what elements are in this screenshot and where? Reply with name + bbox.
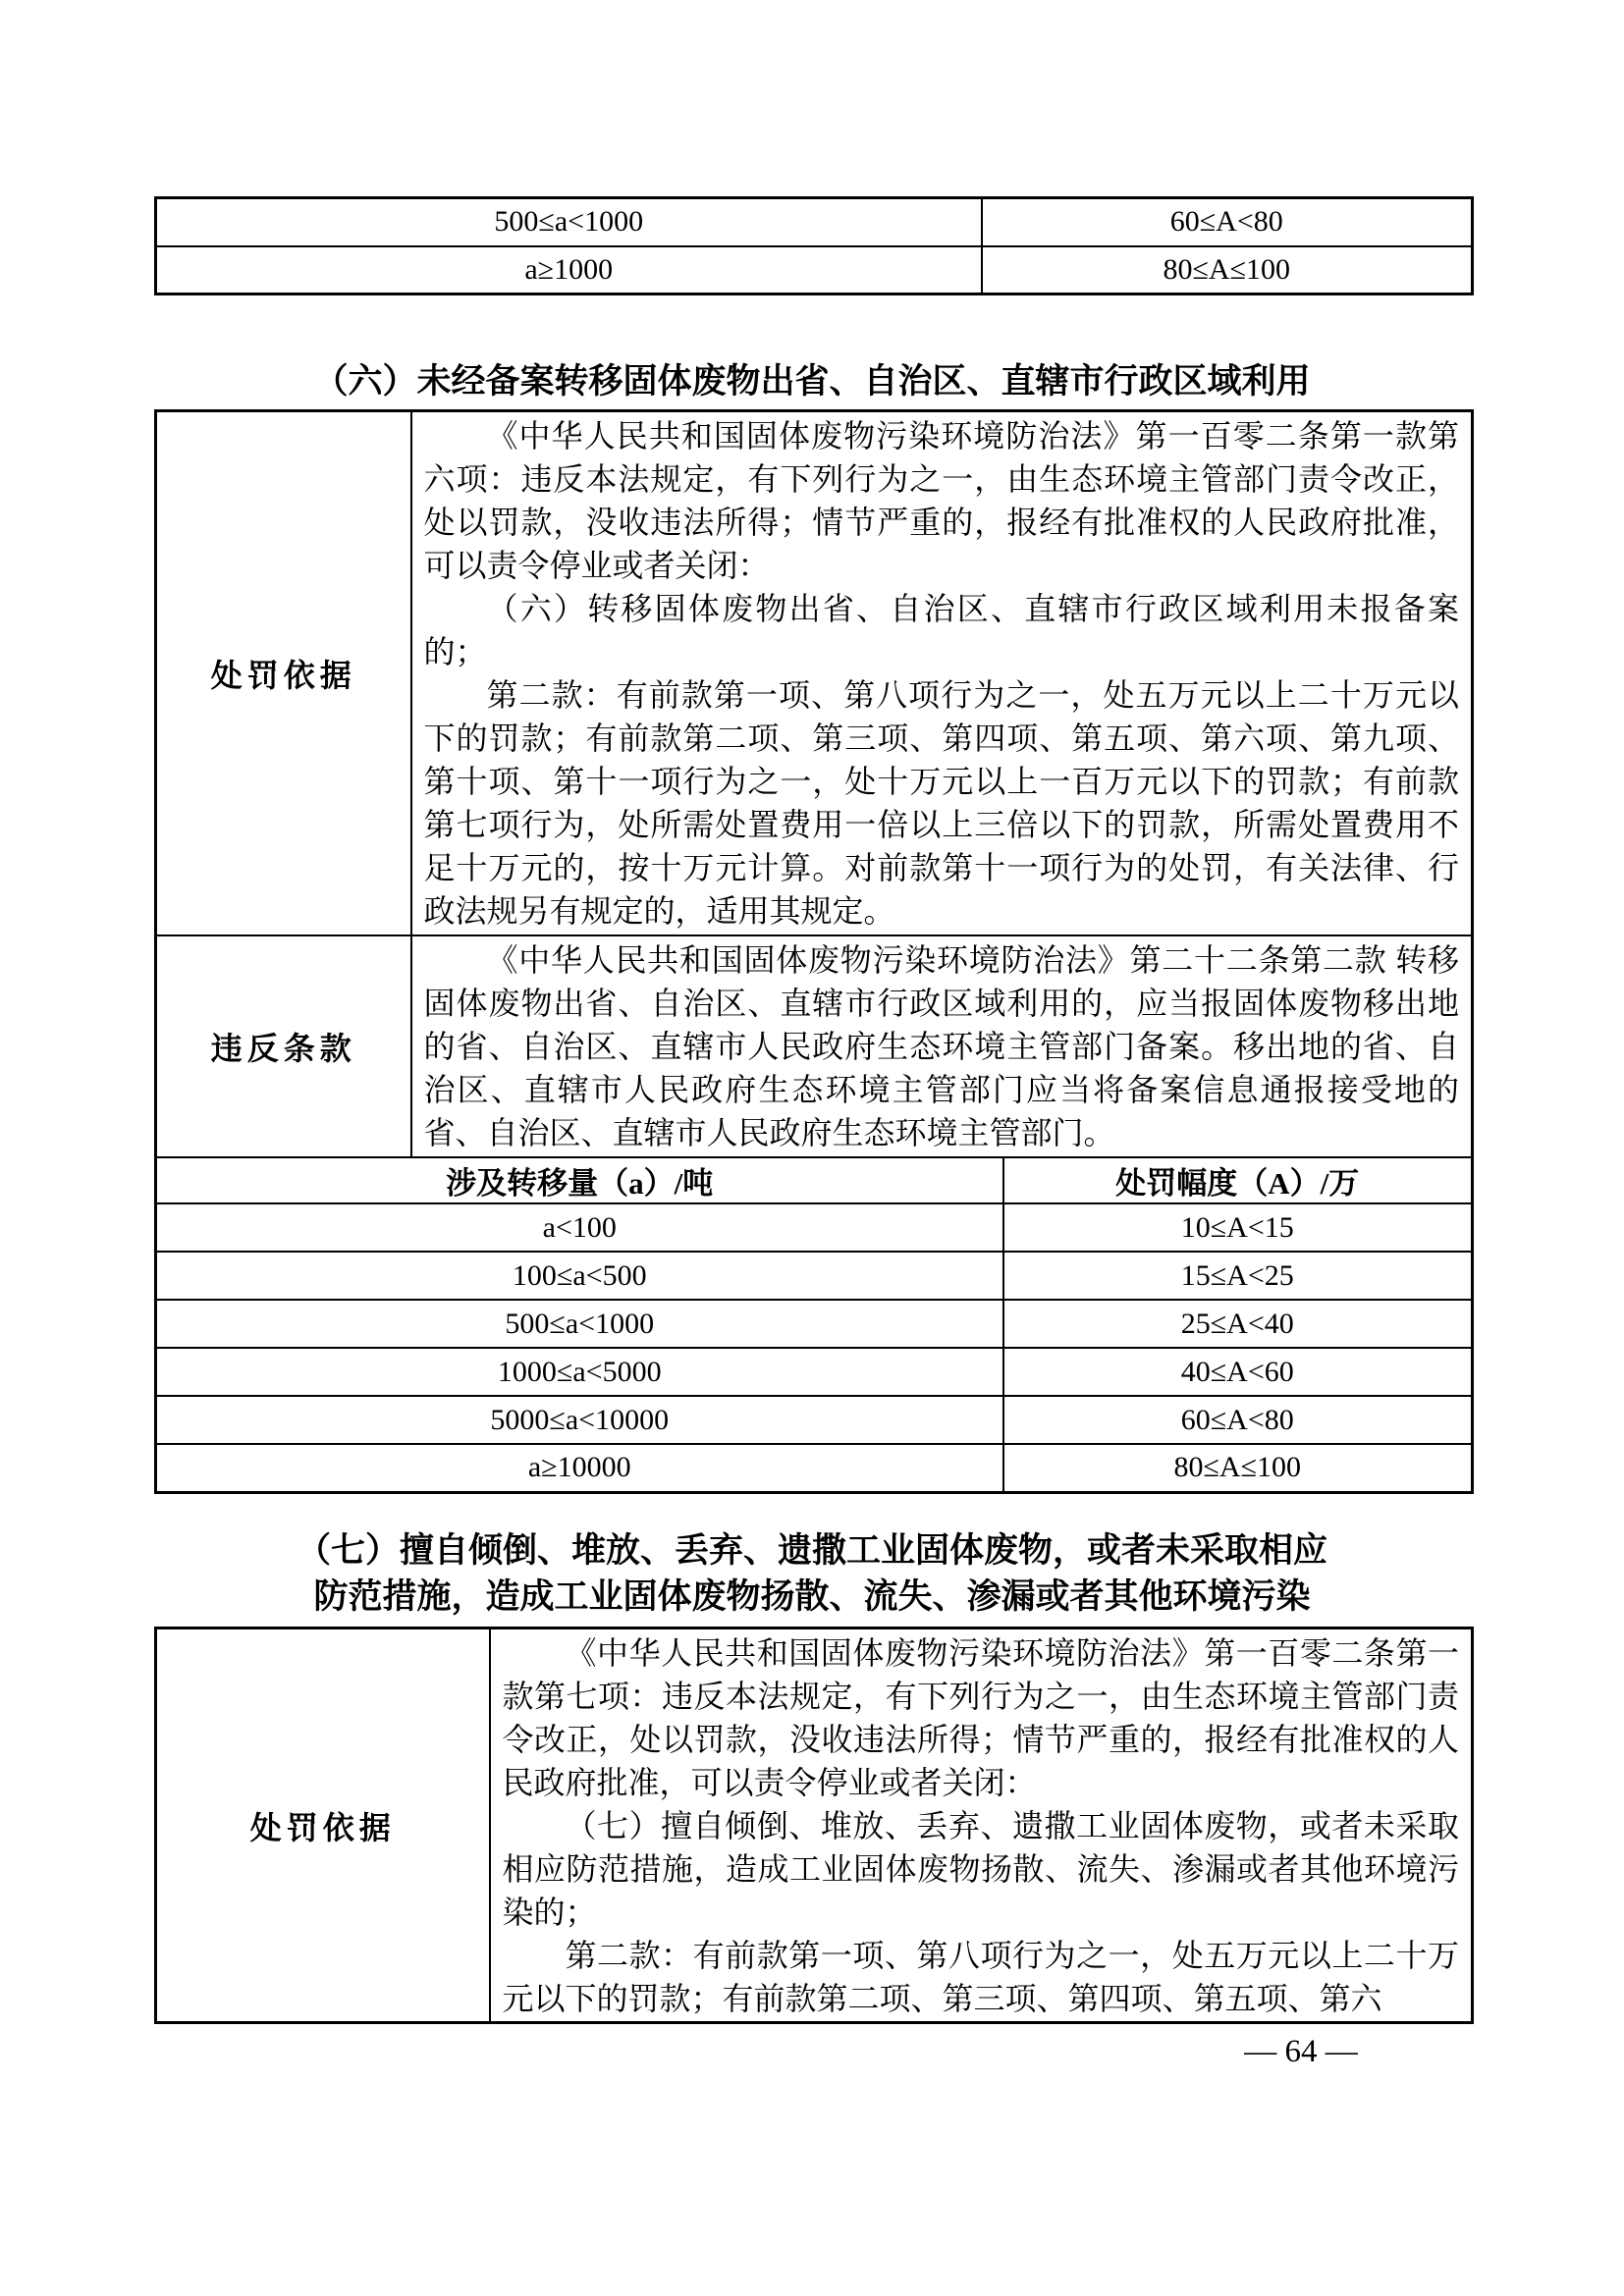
penalty-header: 处罚幅度（A）/万	[1003, 1157, 1473, 1203]
amount-cell: a≥1000	[156, 246, 982, 294]
penalty-basis-row: 处罚依据 《中华人民共和国固体废物污染环境防治法》第一百零二条第一款第六项：违反…	[156, 411, 1473, 936]
penalty-cell: 60≤A<80	[982, 198, 1473, 246]
paragraph: （六）转移固体废物出省、自治区、直辖市行政区域利用未报备案的；	[424, 587, 1460, 673]
table-row: a≥1000 80≤A≤100	[156, 246, 1473, 294]
penalty-basis-row: 处罚依据 《中华人民共和国固体废物污染环境防治法》第一百零二条第一款第七项：违反…	[156, 1629, 1473, 2023]
page-number: — 64 —	[1129, 2034, 1473, 2070]
penalty-basis-label: 处罚依据	[156, 1629, 490, 2023]
section-7-heading: （七）擅自倾倒、堆放、丢弃、遗撒工业固体废物，或者未采取相应 防范措施，造成工业…	[0, 1527, 1624, 1620]
section-7-table: 处罚依据 《中华人民共和国固体废物污染环境防治法》第一百零二条第一款第七项：违反…	[154, 1627, 1474, 2024]
clipped-text-region: 《中华人民共和国固体废物污染环境防治法》第一百零二条第一款第七项：违反本法规定，…	[503, 1631, 1460, 2019]
table-row: a<100 10≤A<15	[156, 1203, 1473, 1252]
table-row: 500≤a<1000 25≤A<40	[156, 1300, 1473, 1348]
amount-cell: a≥10000	[156, 1444, 1003, 1492]
table-row: 5000≤a<10000 60≤A<80	[156, 1396, 1473, 1444]
penalty-basis-text: 《中华人民共和国固体废物污染环境防治法》第一百零二条第一款第七项：违反本法规定，…	[490, 1629, 1473, 2023]
penalty-cell: 25≤A<40	[1003, 1300, 1473, 1348]
paragraph: （七）擅自倾倒、堆放、丢弃、遗撒工业固体废物，或者未采取相应防范措施，造成工业固…	[503, 1804, 1460, 1934]
amount-cell: 1000≤a<5000	[156, 1348, 1003, 1396]
table-row: 100≤a<500 15≤A<25	[156, 1252, 1473, 1300]
violation-clause-label: 违反条款	[156, 935, 411, 1157]
penalty-cell: 80≤A≤100	[982, 246, 1473, 294]
violation-clause-row: 违反条款 《中华人民共和国固体废物污染环境防治法》第二十二条第二款 转移固体废物…	[156, 935, 1473, 1157]
penalty-cell: 10≤A<15	[1003, 1203, 1473, 1252]
amount-cell: 500≤a<1000	[156, 198, 982, 246]
penalty-basis-text: 《中华人民共和国固体废物污染环境防治法》第一百零二条第一款第六项：违反本法规定，…	[411, 411, 1473, 936]
penalty-cell: 40≤A<60	[1003, 1348, 1473, 1396]
violation-clause-text: 《中华人民共和国固体废物污染环境防治法》第二十二条第二款 转移固体废物出省、自治…	[411, 935, 1473, 1157]
continuation-range-table: 500≤a<1000 60≤A<80 a≥1000 80≤A≤100	[154, 196, 1474, 295]
paragraph: 第二款：有前款第一项、第八项行为之一，处五万元以上二十万元以下的罚款；有前款第二…	[503, 1934, 1460, 2019]
amount-cell: 500≤a<1000	[156, 1300, 1003, 1348]
paragraph: 《中华人民共和国固体废物污染环境防治法》第二十二条第二款 转移固体废物出省、自治…	[424, 938, 1460, 1154]
paragraph: 《中华人民共和国固体废物污染环境防治法》第一百零二条第一款第七项：违反本法规定，…	[503, 1631, 1460, 1804]
amount-cell: 5000≤a<10000	[156, 1396, 1003, 1444]
document-page: 500≤a<1000 60≤A<80 a≥1000 80≤A≤100 （六）未经…	[0, 0, 1624, 2296]
range-table-header-row: 涉及转移量（a）/吨 处罚幅度（A）/万	[156, 1157, 1473, 1203]
paragraph: 第二款：有前款第一项、第八项行为之一，处五万元以上二十万元以下的罚款；有前款第二…	[424, 673, 1460, 933]
section-6-heading: （六）未经备案转移固体废物出省、自治区、直辖市行政区域利用	[0, 358, 1624, 404]
penalty-cell: 80≤A≤100	[1003, 1444, 1473, 1492]
amount-cell: a<100	[156, 1203, 1003, 1252]
penalty-cell: 15≤A<25	[1003, 1252, 1473, 1300]
section-7-heading-line2: 防范措施，造成工业固体废物扬散、流失、渗漏或者其他环境污染	[0, 1574, 1624, 1620]
penalty-cell: 60≤A<80	[1003, 1396, 1473, 1444]
amount-header: 涉及转移量（a）/吨	[156, 1157, 1003, 1203]
section-6-table: 处罚依据 《中华人民共和国固体废物污染环境防治法》第一百零二条第一款第六项：违反…	[154, 409, 1474, 1494]
penalty-basis-label: 处罚依据	[156, 411, 411, 936]
paragraph: 《中华人民共和国固体废物污染环境防治法》第一百零二条第一款第六项：违反本法规定，…	[424, 414, 1460, 587]
table-row: a≥10000 80≤A≤100	[156, 1444, 1473, 1492]
table-row: 1000≤a<5000 40≤A<60	[156, 1348, 1473, 1396]
section-7-heading-line1: （七）擅自倾倒、堆放、丢弃、遗撒工业固体废物，或者未采取相应	[0, 1527, 1624, 1574]
table-row: 500≤a<1000 60≤A<80	[156, 198, 1473, 246]
amount-cell: 100≤a<500	[156, 1252, 1003, 1300]
